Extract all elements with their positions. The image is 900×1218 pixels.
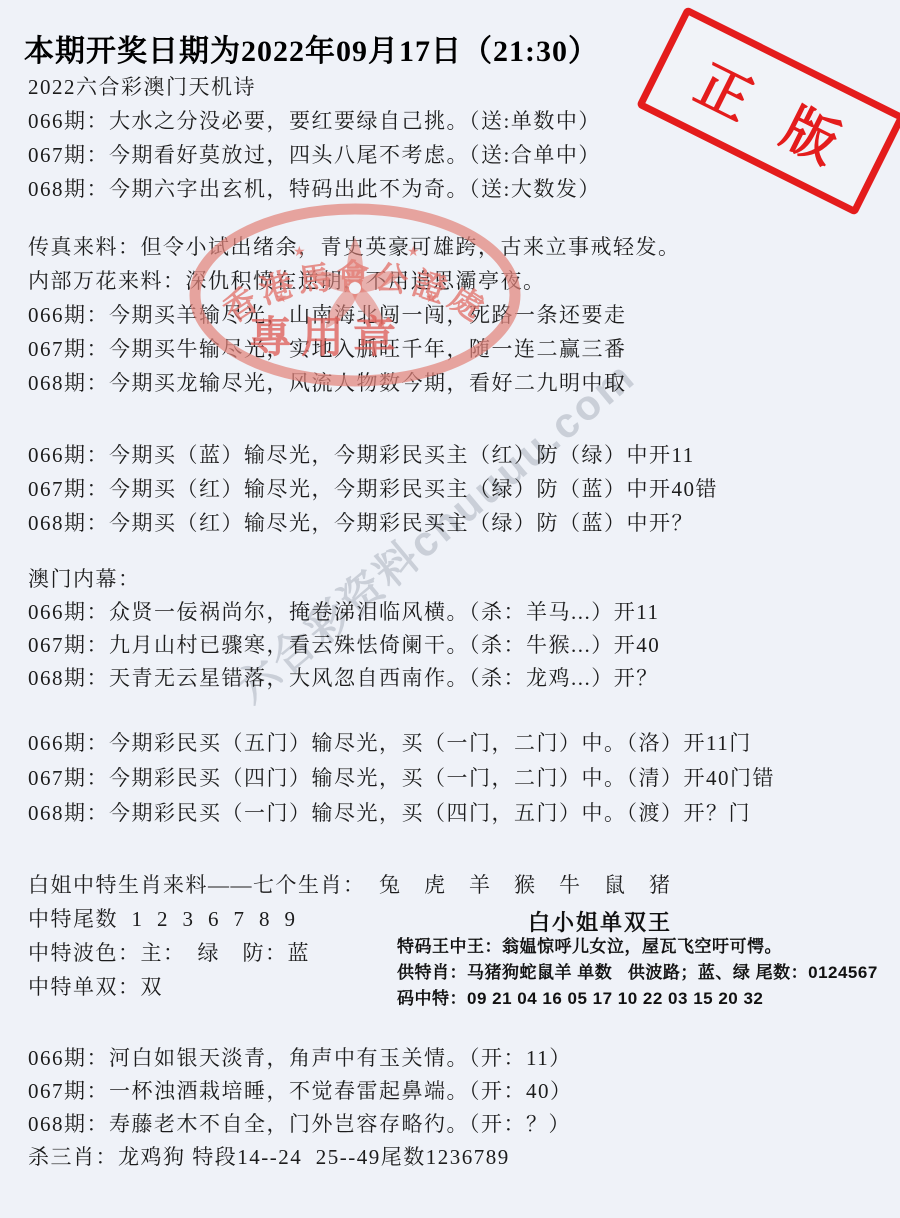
danshuang-line: 供特肖：马猪狗蛇鼠羊 单数 供波路；蓝、绿 尾数：0124567 <box>397 960 897 986</box>
section-danshuang: 特码王中王：翁媪惊呼儿女泣，屋瓦飞空吁可愕。 供特肖：马猪狗蛇鼠羊 单数 供波路… <box>397 934 897 1012</box>
men-line: 066期：今期彩民买（五门）输尽光，买（一门，二门）中。（洛）开11门 <box>28 726 775 761</box>
poem-line: 067期：今期看好莫放过，四头八尾不考虑。（送:合单中） <box>28 138 601 172</box>
men-line: 067期：今期彩民买（四门）输尽光，买（一门，二门）中。（清）开40门错 <box>28 761 775 796</box>
lailiao-line: 066期：今期买羊输尽光，山南海北闯一闯，死路一条还要走 <box>28 298 681 332</box>
section-heading: 澳门内幕： <box>28 563 660 596</box>
lailiao-line: 067期：今期买牛输尽光，实地入胍旺千年，随一连二赢三番 <box>28 332 681 366</box>
caimin-line: 067期：今期买（红）输尽光，今期彩民买主（绿）防（蓝）中开40错 <box>28 472 718 506</box>
danshuang-line: 码中特：09 21 04 16 05 17 10 22 03 15 20 32 <box>397 986 897 1012</box>
caimin-line: 066期：今期买（蓝）输尽光，今期彩民买主（红）防（绿）中开11 <box>28 438 718 472</box>
caimin-line: 068期：今期买（红）输尽光，今期彩民买主（绿）防（蓝）中开？ <box>28 506 718 540</box>
section-final: 066期：河白如银天淡青，角声中有玉关情。（开：11） 067期：一杯浊酒栽培睡… <box>28 1042 573 1174</box>
danshuang-line: 特码王中王：翁媪惊呼儿女泣，屋瓦飞空吁可愕。 <box>397 934 897 960</box>
danshuang-heading: 白小姐单双王 <box>528 906 672 937</box>
poem-line: 068期：今期六字出玄机，特码出此不为奇。（送:大数发） <box>28 172 601 206</box>
section-neimu: 澳门内幕： 066期：众贤一佞祸尚尔，掩卷涕泪临风横。（杀：羊马...）开11 … <box>28 563 660 695</box>
tip-sheet-page: 六合彩资料chuuuu.com 本期开奖日期为2022年09月17日（21:30… <box>0 0 900 1218</box>
neimu-line: 066期：众贤一佞祸尚尔，掩卷涕泪临风横。（杀：羊马...）开11 <box>28 596 660 629</box>
final-line: 杀三肖：龙鸡狗 特段14--24 25--49尾数1236789 <box>28 1141 573 1174</box>
section-lailiao: 传真来料：但令小试出绪余，青史英豪可雄跨，古来立事戒轻发。 内部万花来料：深仇积… <box>28 230 681 400</box>
poem-line: 066期：大水之分没必要，要红要绿自己挑。（送:单数中） <box>28 104 601 138</box>
zhengban-stamp-label: 正 版 <box>676 37 867 184</box>
final-line: 068期：寿藤老木不自全，门外岂容存略彴。（开：？） <box>28 1108 573 1141</box>
lailiao-line: 068期：今期买龙输尽光，风流人物数今期，看好二九明中取 <box>28 366 681 400</box>
men-line: 068期：今期彩民买（一门）输尽光，买（四门，五门）中。（渡）开？门 <box>28 796 775 831</box>
neimu-line: 067期：九月山村已骤寒，看云殊怯倚阑干。（杀：牛猴...）开40 <box>28 629 660 662</box>
section-men: 066期：今期彩民买（五门）输尽光，买（一门，二门）中。（洛）开11门 067期… <box>28 726 775 831</box>
final-line: 066期：河白如银天淡青，角声中有玉关情。（开：11） <box>28 1042 573 1075</box>
neimu-line: 068期：天青无云星错落，大风忽自西南作。（杀：龙鸡...）开？ <box>28 662 660 695</box>
section-caimin: 066期：今期买（蓝）输尽光，今期彩民买主（红）防（绿）中开11 067期：今期… <box>28 438 718 540</box>
lailiao-line: 内部万花来料：深仇积愤在逆胡，不用追思灞亭夜。 <box>28 264 681 298</box>
section-heading: 2022六合彩澳门天机诗 <box>28 70 601 104</box>
zhengban-stamp: 正 版 <box>636 6 900 216</box>
section-tianjishi: 2022六合彩澳门天机诗 066期：大水之分没必要，要红要绿自己挑。（送:单数中… <box>28 70 601 206</box>
final-line: 067期：一杯浊酒栽培睡，不觉春雷起鼻端。（开：40） <box>28 1075 573 1108</box>
page-title: 本期开奖日期为2022年09月17日（21:30） <box>24 26 599 70</box>
baijie-line: 白姐中特生肖来料——七个生肖： 兔 虎 羊 猴 牛 鼠 猪 <box>28 868 672 902</box>
lailiao-line: 传真来料：但令小试出绪余，青史英豪可雄跨，古来立事戒轻发。 <box>28 230 681 264</box>
